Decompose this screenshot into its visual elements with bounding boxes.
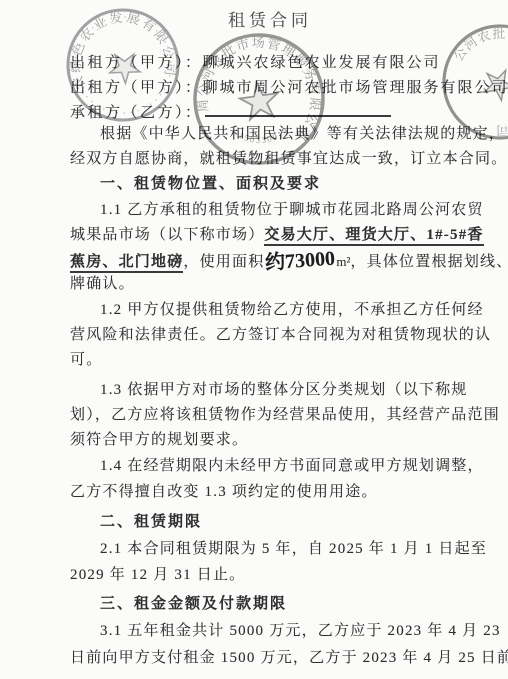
clause-1-1-line-4: 牌确认。 — [70, 274, 135, 294]
area-unit: m² — [336, 254, 350, 269]
clause-1-4-line-2: 乙方不得擅自改变 1.3 项约定的使用用途。 — [70, 482, 378, 502]
clause-1-3-line-3: 须符合甲方的规划要求。 — [70, 430, 248, 450]
contract-page: 租赁合同 出租方（甲方）：聊城兴农绿色农业发展有限公司 出租方（甲方）：聊城市周… — [0, 0, 508, 679]
clause-1-2-line-2: 营风险和法律责任。乙方签订本合同视为对租赁物现状的认 — [70, 325, 491, 345]
clause-1-2-line-1: 1.2 甲方仅提供租赁物给乙方使用，不承担乙方任何经 — [100, 300, 484, 320]
clause-1-1-line-3: 蕉房、北门地磅，使用面积约73000m²，具体位置根据划线、标 — [70, 250, 508, 272]
party-name: 聊城兴农绿色农业发展有限公司 — [203, 55, 441, 71]
clause-1-4-line-1: 1.4 在经营期限内未经甲方书面同意或甲方规划调整， — [100, 456, 484, 476]
clause-2-1-line-1: 2.1 本合同租赁期限为 5 年，自 2025 年 1 月 1 日起至 — [100, 539, 487, 559]
preamble-line-2: 经双方自愿协商，就租赁物租赁事宜达成一致，订立本合同。 — [70, 149, 507, 169]
preamble-line-1: 根据《中华人民共和国民法典》等有关法律法规的规定， — [100, 124, 505, 144]
clause-1-1-line-2-plain: 城果品市场（以下称市场） — [70, 227, 264, 243]
party-label: 出租方（甲方）： — [70, 55, 203, 71]
clause-1-3-line-2: 划），乙方应将该租赁物作为经营果品使用，其经营产品范围 — [70, 405, 500, 425]
section-3-heading: 三、租金金额及付款期限 — [100, 594, 287, 614]
area-value-handwritten: 约73000 — [265, 249, 336, 274]
area-lead-text: ，使用面积 — [183, 254, 264, 270]
clause-2-1-line-2: 2029 年 12 月 31 日止。 — [70, 565, 245, 585]
section-2-heading: 二、租赁期限 — [100, 512, 202, 532]
clause-1-3-line-1: 1.3 依据甲方对市场的整体分区分类规划（以下称规 — [100, 380, 468, 400]
party-name: 聊城市周公河农批市场管理服务有限公司 — [203, 80, 508, 96]
party-line-lessor-2: 出租方（甲方）：聊城市周公河农批市场管理服务有限公司 — [70, 78, 508, 98]
clause-3-1-line-2: 日前向甲方支付租金 1500 万元，乙方于 2023 年 4 月 25 日前 — [70, 648, 508, 668]
party-line-tenant: 承租方（乙方）： — [70, 100, 391, 123]
contract-title: 租赁合同 — [0, 11, 508, 31]
party-label: 承租方（乙方）： — [70, 105, 203, 121]
clause-1-2-line-3: 可。 — [70, 350, 102, 370]
party-line-lessor-1: 出租方（甲方）：聊城兴农绿色农业发展有限公司 — [70, 53, 441, 73]
clause-1-1-line-1: 1.1 乙方承租的租赁物位于聊城市花园北路周公河农贸 — [100, 200, 484, 220]
clause-1-1-line-2: 城果品市场（以下称市场）交易大厅、理货大厅、1#-5#香 — [70, 225, 484, 245]
tenant-blank-line — [205, 100, 391, 117]
party-label: 出租方（甲方）： — [70, 80, 203, 96]
leased-areas-underlined-2: 蕉房、北门地磅 — [70, 254, 183, 273]
section-1-heading: 一、租赁物位置、面积及要求 — [100, 174, 321, 194]
leased-areas-underlined-1: 交易大厅、理货大厅、1#-5#香 — [264, 227, 483, 246]
area-trailing-text: ，具体位置根据划线、标 — [350, 254, 508, 270]
clause-3-1-line-1: 3.1 五年租金共计 5000 万元，乙方应于 2023 年 4 月 23 — [100, 621, 501, 641]
